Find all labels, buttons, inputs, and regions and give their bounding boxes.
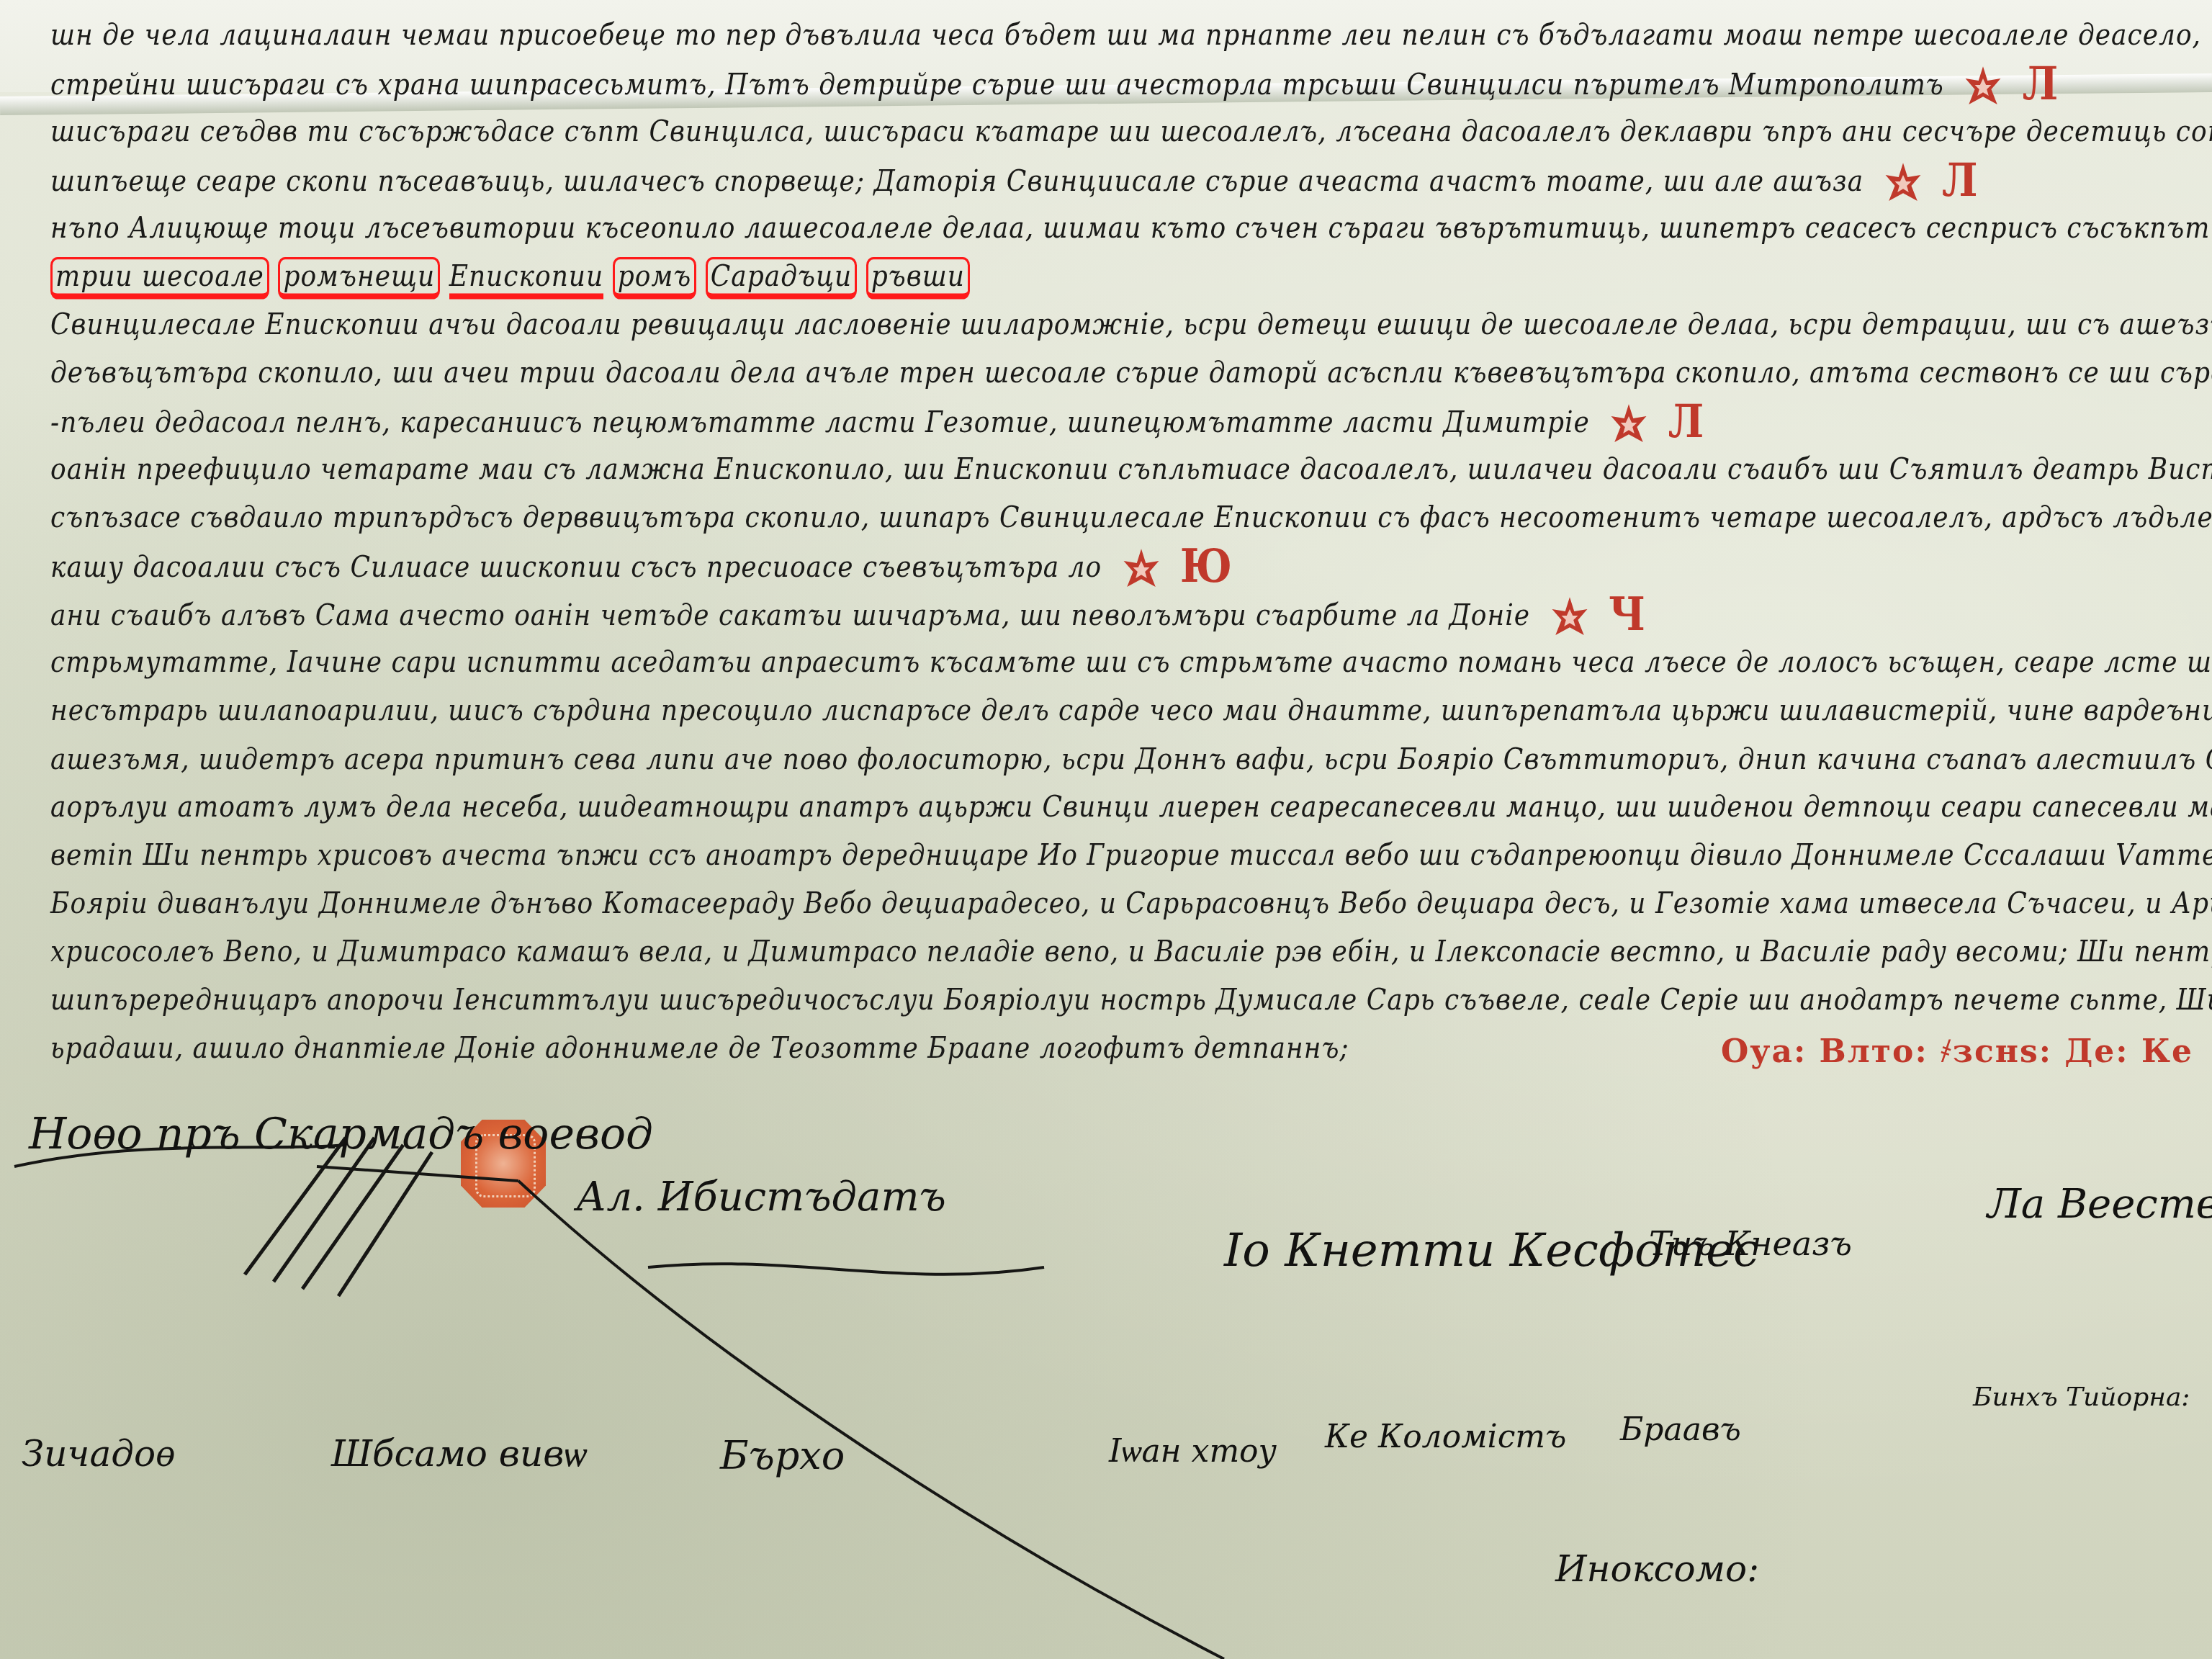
signature: Бърхо [720, 1433, 845, 1478]
signature: Бинхъ Тийорна: [1973, 1382, 2190, 1412]
signature-flourish-lines [0, 0, 2212, 1659]
signature: Браавъ [1620, 1411, 1741, 1448]
signature: Иноксомо: [1555, 1548, 1759, 1590]
signature: Шбсамо вивѡ [331, 1433, 587, 1475]
signature: Ал. Ибистъдатъ [576, 1174, 946, 1220]
signature: Іѡан хтоу [1109, 1433, 1277, 1470]
signature: Ке Коломістъ [1325, 1419, 1566, 1455]
signature: Ла Веествъ [1987, 1181, 2212, 1228]
signature: Тиъ Кнеазъ [1649, 1224, 1852, 1263]
signature: Зичадоѳ [22, 1433, 176, 1475]
manuscript-page: шн де чела лациналаин чемаи присоебеце т… [0, 0, 2212, 1659]
signature: Ноѳо пръ Скармадъ воевод [29, 1109, 653, 1159]
